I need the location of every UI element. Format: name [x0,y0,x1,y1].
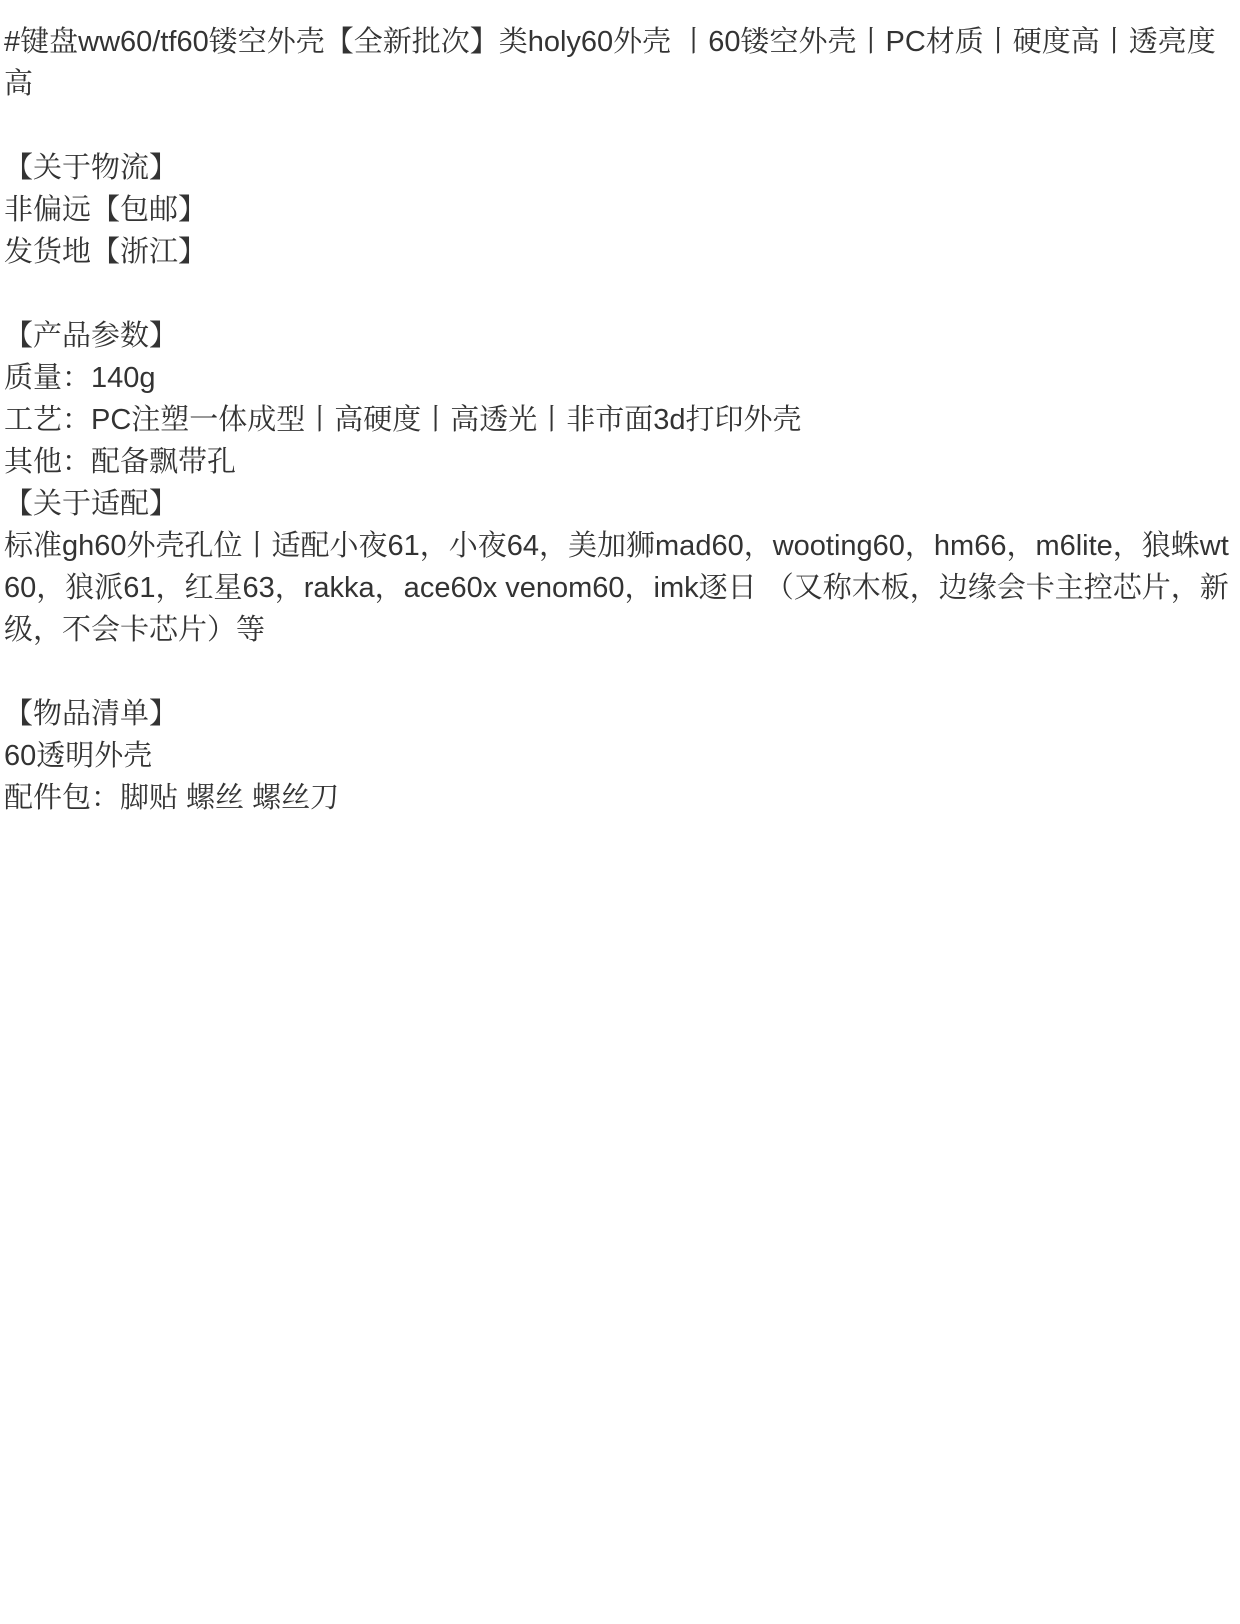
section-package-contents: 【物品清单】 60透明外壳 配件包：脚贴 螺丝 螺丝刀 [4,693,1238,819]
section-product-parameters: 【产品参数】 质量：140g 工艺：PC注塑一体成型丨高硬度丨高透光丨非市面3d… [4,315,1238,651]
spec-weight-line: 质量：140g [4,357,1238,399]
section-header-package-contents: 【物品清单】 [4,693,1238,735]
logistics-origin-line: 发货地【浙江】 [4,231,1238,273]
product-description-document: #键盘ww60/tf60镂空外壳【全新批次】类holy60外壳 丨60镂空外壳丨… [0,0,1240,819]
section-header-logistics: 【关于物流】 [4,147,1238,189]
section-logistics: 【关于物流】 非偏远【包邮】 发货地【浙江】 [4,147,1238,273]
compatibility-paragraph: 标准gh60外壳孔位丨适配小夜61，小夜64，美加狮mad60，wooting6… [4,525,1238,651]
spec-other-line: 其他：配备飘带孔 [4,441,1238,483]
section-header-product-parameters: 【产品参数】 [4,315,1238,357]
contents-accessories-line: 配件包：脚贴 螺丝 螺丝刀 [4,777,1238,819]
logistics-shipping-line: 非偏远【包邮】 [4,189,1238,231]
product-title: #键盘ww60/tf60镂空外壳【全新批次】类holy60外壳 丨60镂空外壳丨… [4,21,1238,105]
contents-shell-line: 60透明外壳 [4,735,1238,777]
section-header-compatibility: 【关于适配】 [4,483,1238,525]
spec-process-line: 工艺：PC注塑一体成型丨高硬度丨高透光丨非市面3d打印外壳 [4,399,1238,441]
title-paragraph: #键盘ww60/tf60镂空外壳【全新批次】类holy60外壳 丨60镂空外壳丨… [4,21,1238,105]
